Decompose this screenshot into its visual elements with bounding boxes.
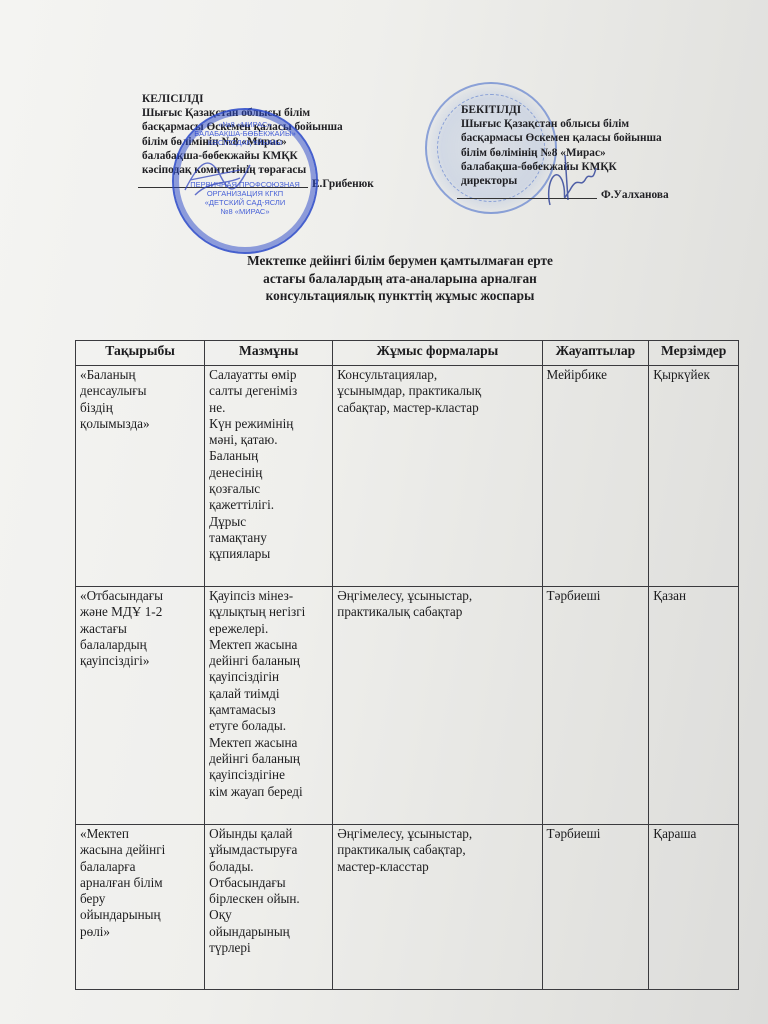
cell-content-line: не. (209, 400, 328, 416)
cell-content-line: Мектеп жасына (209, 637, 328, 653)
cell-content-line: ережелері. (209, 621, 328, 637)
header-responsible: Жауаптылар (542, 341, 649, 366)
cell-topic-line: біздің (80, 400, 200, 416)
cell-content-line: құлықтың негізгі (209, 604, 328, 620)
cell-forms-line: Консультациялар, (337, 367, 537, 383)
agreed-heading: КЕЛІСІЛДІ (142, 92, 402, 106)
title-line: астағы балалардың ата-аналарына арналған (180, 270, 620, 288)
cell-forms-line: Әңгімелесу, ұсыныстар, (337, 826, 537, 842)
cell-content-line: денесінің (209, 465, 328, 481)
agreed-line: Шығыс Қазақстан облысы білім (142, 106, 402, 120)
cell-deadline: Қараша (649, 825, 739, 990)
cell-forms-line: практикалық сабақтар (337, 604, 537, 620)
approved-signature-row: Ф.Уалханова (461, 188, 721, 202)
cell-content-line: Қауіпсіз мінез- (209, 588, 328, 604)
cell-content-line: салты дегеніміз (209, 383, 328, 399)
cell-topic-line: жастағы (80, 621, 200, 637)
agreed-line: басқармасы Өскемен қаласы бойынша (142, 120, 402, 134)
cell-forms-line: сабақтар, мастер-кластар (337, 400, 537, 416)
cell-content-line: дейінгі баланың (209, 653, 328, 669)
cell-content-line: бірлескен ойын. (209, 891, 328, 907)
cell-topic-line: рөлі» (80, 924, 200, 940)
cell-topic-line: балаларға (80, 859, 200, 875)
title-line: Мектепке дейінгі білім берумен қамтылмағ… (180, 252, 620, 270)
cell-content-line: ұйымдастыруға (209, 842, 328, 858)
cell-content-line: Баланың (209, 448, 328, 464)
cell-topic-line: балалардың (80, 637, 200, 653)
approved-line: Шығыс Қазақстан облысы білім (461, 117, 721, 131)
agreed-line: кәсіподақ комитетінің төрағасы (142, 163, 402, 177)
table-row: «Мектепжасына дейінгібалаларғаарналған б… (76, 825, 739, 990)
cell-content-line: Оқу (209, 907, 328, 923)
approved-heading: БЕКІТІЛДІ (461, 103, 721, 117)
cell-topic-line: денсаулығы (80, 383, 200, 399)
cell-topic-line: «Баланың (80, 367, 200, 383)
cell-content-line: Отбасындағы (209, 875, 328, 891)
cell-content-line: Ойынды қалай (209, 826, 328, 842)
agreed-line: балабақша-бөбекжайы КМҚК (142, 149, 402, 163)
cell-forms: Әңгімелесу, ұсыныстар,практикалық сабақт… (333, 587, 542, 825)
stamp-text-line: «ДЕТСКИЙ САД-ЯСЛИ (174, 198, 316, 207)
cell-content-line: Дұрыс (209, 514, 328, 530)
cell-content-line: дейінгі баланың (209, 751, 328, 767)
title-line: консультациялық пункттің жұмыс жоспары (180, 287, 620, 305)
approved-signatory: Ф.Уалханова (601, 188, 669, 202)
cell-forms: Консультациялар,ұсынымдар, практикалықса… (333, 366, 542, 587)
cell-forms-line: ұсынымдар, практикалық (337, 383, 537, 399)
cell-responsible: Тәрбиеші (542, 825, 649, 990)
signature-line (457, 197, 597, 199)
cell-content-line: қажеттілігі. (209, 497, 328, 513)
cell-topic: «Баланыңденсаулығыбіздіңқолымызда» (76, 366, 205, 587)
agreed-signatory: Е.Грибенюк (312, 177, 374, 191)
cell-content: Салауатты өмірсалты дегенімізне.Күн режи… (205, 366, 333, 587)
cell-content-line: етуге болады. (209, 718, 328, 734)
header-content: Мазмұны (205, 341, 333, 366)
work-plan-table: Тақырыбы Мазмұны Жұмыс формалары Жауапты… (75, 340, 739, 990)
cell-topic-line: және МДҰ 1-2 (80, 604, 200, 620)
cell-forms: Әңгімелесу, ұсыныстар,практикалық сабақт… (333, 825, 542, 990)
signature-line (138, 186, 308, 188)
stamp-text-line: №8 «МИРАС» (174, 207, 316, 216)
cell-content-line: Мектеп жасына (209, 735, 328, 751)
cell-content-line: қамтамасыз (209, 702, 328, 718)
cell-topic: «Мектепжасына дейінгібалаларғаарналған б… (76, 825, 205, 990)
table-row: «Отбасындағыжәне МДҰ 1-2жастағыбалаларды… (76, 587, 739, 825)
cell-topic-line: беру (80, 891, 200, 907)
cell-forms-line: практикалық сабақтар, (337, 842, 537, 858)
table-row: «Баланыңденсаулығыбіздіңқолымызда»Салауа… (76, 366, 739, 587)
cell-content: Қауіпсіз мінез-құлықтың негізгіережелері… (205, 587, 333, 825)
cell-topic-line: жасына дейінгі (80, 842, 200, 858)
document-title: Мектепке дейінгі білім берумен қамтылмағ… (180, 252, 620, 305)
cell-topic-line: қолымызда» (80, 416, 200, 432)
agreed-block: КЕЛІСІЛДІ Шығыс Қазақстан облысы білім б… (142, 92, 402, 191)
cell-deadline: Қазан (649, 587, 739, 825)
header-deadline: Мерзімдер (649, 341, 739, 366)
cell-content-line: кім жауап береді (209, 784, 328, 800)
cell-content-line: Күн режимінің (209, 416, 328, 432)
approved-block: БЕКІТІЛДІ Шығыс Қазақстан облысы білім б… (461, 103, 721, 202)
agreed-line: білім бөлімінің №8 «Мирас» (142, 135, 402, 149)
cell-content-line: қауіпсіздігін (209, 669, 328, 685)
cell-topic-line: қауіпсіздігі» (80, 653, 200, 669)
cell-content-line: тамақтану (209, 530, 328, 546)
header-forms: Жұмыс формалары (333, 341, 542, 366)
table-header-row: Тақырыбы Мазмұны Жұмыс формалары Жауапты… (76, 341, 739, 366)
cell-forms-line: мастер-класстар (337, 859, 537, 875)
agreed-signature-row: Е.Грибенюк (142, 177, 402, 191)
cell-deadline: Қыркүйек (649, 366, 739, 587)
cell-responsible: Мейірбике (542, 366, 649, 587)
cell-content-line: ойындарының (209, 924, 328, 940)
approved-line: басқармасы Өскемен қаласы бойынша (461, 131, 721, 145)
cell-content-line: қозғалыс (209, 481, 328, 497)
approved-line: директоры (461, 174, 721, 188)
cell-content-line: қауіпсіздігіне (209, 767, 328, 783)
cell-content: Ойынды қалайұйымдастыруғаболады.Отбасынд… (205, 825, 333, 990)
cell-topic-line: ойындарының (80, 907, 200, 923)
cell-forms-line: Әңгімелесу, ұсыныстар, (337, 588, 537, 604)
cell-content-line: қалай тиімді (209, 686, 328, 702)
header-topic: Тақырыбы (76, 341, 205, 366)
cell-content-line: мәні, қатаю. (209, 432, 328, 448)
cell-topic-line: «Отбасындағы (80, 588, 200, 604)
cell-content-line: болады. (209, 859, 328, 875)
cell-topic-line: арналған білім (80, 875, 200, 891)
cell-content-line: Салауатты өмір (209, 367, 328, 383)
cell-content-line: түрлері (209, 940, 328, 956)
approved-line: балабақша-бөбекжайы КМҚК (461, 160, 721, 174)
cell-topic: «Отбасындағыжәне МДҰ 1-2жастағыбалаларды… (76, 587, 205, 825)
document-page: КЕЛІСІЛДІ Шығыс Қазақстан облысы білім б… (0, 0, 768, 1024)
cell-content-line: құпиялары (209, 546, 328, 562)
cell-responsible: Тәрбиеші (542, 587, 649, 825)
approved-line: білім бөлімінің №8 «Мирас» (461, 146, 721, 160)
cell-topic-line: «Мектеп (80, 826, 200, 842)
